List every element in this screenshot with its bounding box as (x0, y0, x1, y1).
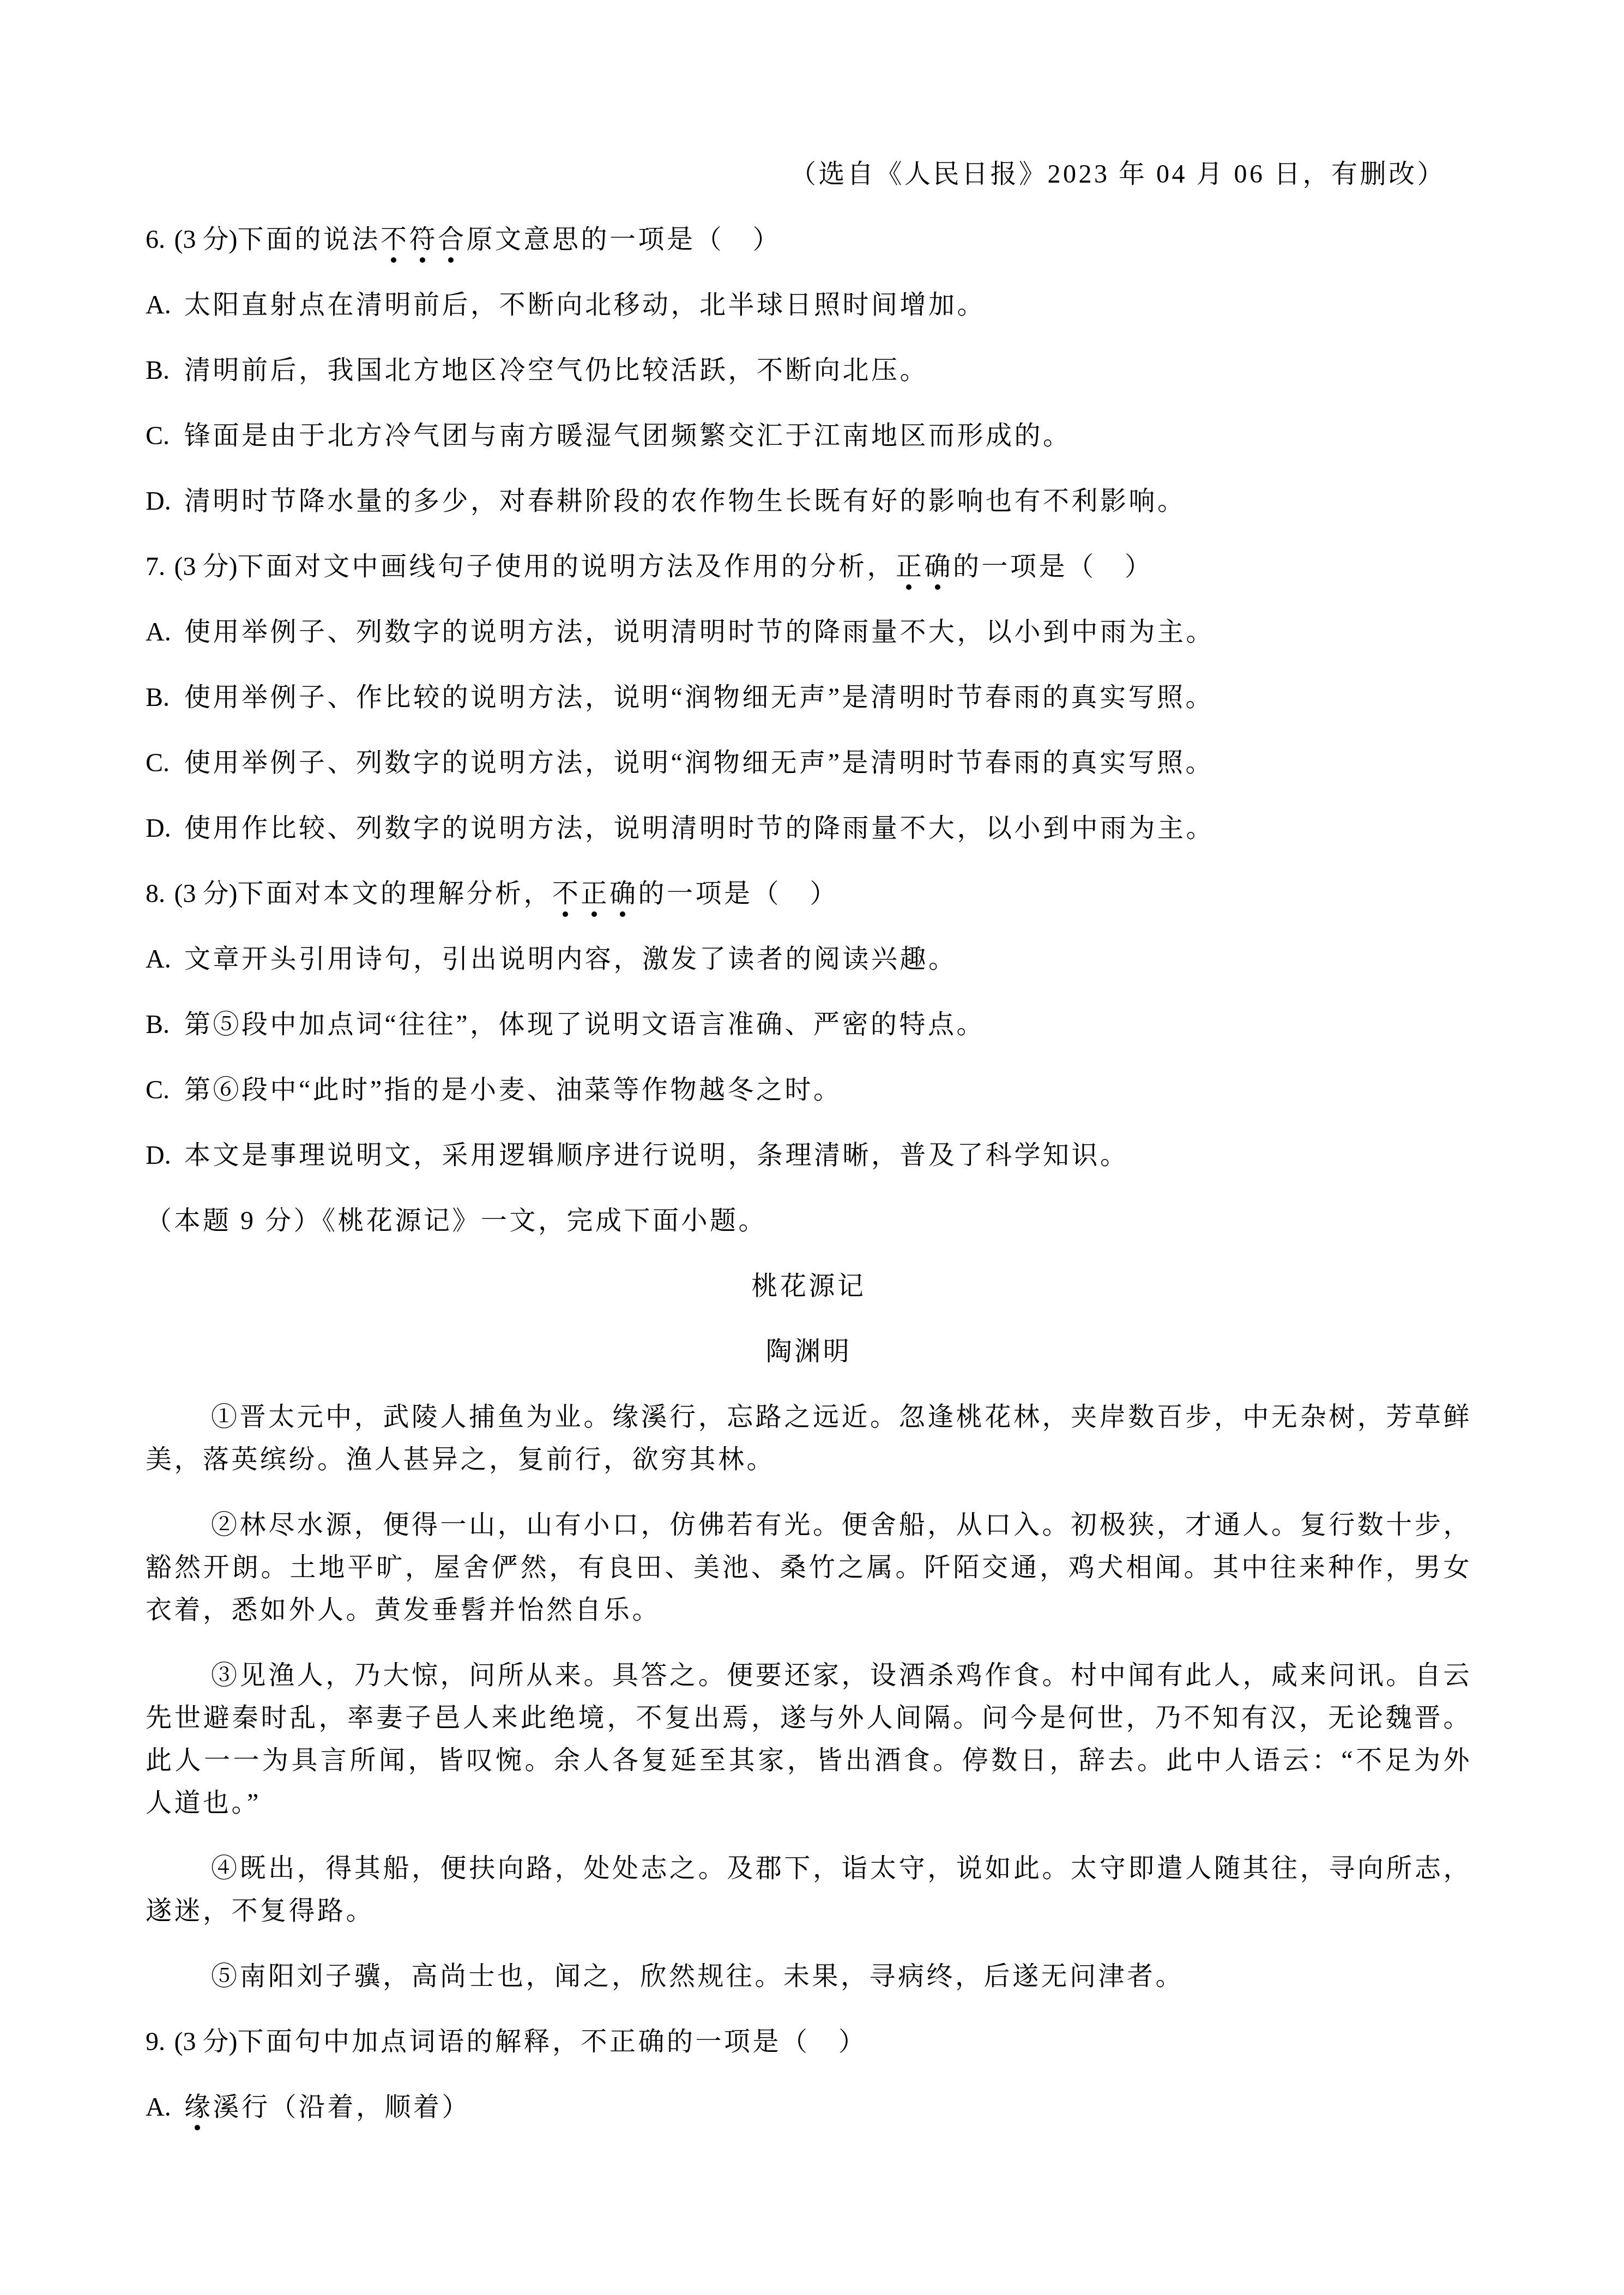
question-6-option-a: A.太阳直射点在清明前后，不断向北移动，北半球日照时间增加。 (146, 284, 1472, 327)
option-label: A. (146, 611, 184, 654)
option-label: D. (146, 807, 184, 850)
question-9-stem: 9. (3 分)下面句中加点词语的解释，不正确的一项是（ ） (146, 2021, 1472, 2063)
option-emphasized-word: 缘 (184, 2093, 213, 2122)
exam-paper-page: （选自《人民日报》2023 年 04 月 06 日，有删改） 6. (3 分)下… (0, 0, 1624, 2295)
option-text: 使用举例子、列数字的说明方法，说明“润物细无声”是清明时节春雨的真实写照。 (184, 748, 1214, 777)
option-text: 使用举例子、作比较的说明方法，说明“润物细无声”是清明时节春雨的真实写照。 (184, 683, 1214, 712)
section-intro: （本题 9 分）《桃花源记》一文，完成下面小题。 (146, 1200, 1472, 1242)
question-7-points: (3 分) (174, 552, 238, 581)
question-8-option-a: A.文章开头引用诗句，引出说明内容，激发了读者的阅读兴趣。 (146, 938, 1472, 981)
option-label: A. (146, 938, 184, 981)
question-9-number: 9. (146, 2027, 165, 2056)
essay-paragraph-5: ⑤南阳刘子骥，高尚士也，闻之，欣然规往。未果，寻病终，后遂无问津者。 (146, 1955, 1472, 1998)
option-text: 第⑥段中“此时”指的是小麦、油菜等作物越冬之时。 (184, 1076, 842, 1104)
essay-author: 陶渊明 (146, 1331, 1472, 1373)
question-8-stem-emphasis: 不正确 (552, 879, 638, 908)
question-6-option-c: C.锋面是由于北方冷气团与南方暖湿气团频繁交汇于江南地区而形成的。 (146, 415, 1472, 457)
essay-paragraph-4: ④既出，得其船，便扶向路，处处志之。及郡下，诣太守，说如此。太守即遣人随其往，寻… (146, 1847, 1472, 1932)
option-label: D. (146, 480, 184, 523)
option-text: 使用作比较、列数字的说明方法，说明清明时节的降雨量不大，以小到中雨为主。 (184, 814, 1215, 843)
question-6-option-b: B.清明前后，我国北方地区冷空气仍比较活跃，不断向北压。 (146, 349, 1472, 392)
question-8-option-c: C.第⑥段中“此时”指的是小麦、油菜等作物越冬之时。 (146, 1069, 1472, 1112)
source-attribution: （选自《人民日报》2023 年 04 月 06 日，有删改） (146, 153, 1472, 196)
question-6-stem-pre: 下面的说法 (237, 225, 381, 254)
option-text: 清明前后，我国北方地区冷空气仍比较活跃，不断向北压。 (184, 356, 928, 385)
question-6-points: (3 分) (174, 225, 238, 254)
question-7-stem-pre: 下面对文中画线句子使用的说明方法及作用的分析， (237, 552, 896, 581)
essay-paragraph-1: ①晋太元中，武陵人捕鱼为业。缘溪行，忘路之远近。忽逢桃花林，夹岸数百步，中无杂树… (146, 1396, 1472, 1481)
option-text: 锋面是由于北方冷气团与南方暖湿气团频繁交汇于江南地区而形成的。 (184, 421, 1072, 450)
question-6-stem: 6. (3 分)下面的说法不符合原文意思的一项是（ ） (146, 219, 1472, 261)
question-6-option-d: D.清明时节降水量的多少，对春耕阶段的农作物生长既有好的影响也有不利影响。 (146, 480, 1472, 523)
essay-title: 桃花源记 (146, 1265, 1472, 1308)
option-text: 溪行（沿着，顺着） (213, 2093, 471, 2122)
question-8-stem-post: 的一项是（ ） (638, 879, 839, 908)
question-6-number: 6. (146, 225, 165, 254)
question-9-points: (3 分) (174, 2027, 238, 2056)
question-7-option-d: D.使用作比较、列数字的说明方法，说明清明时节的降雨量不大，以小到中雨为主。 (146, 807, 1472, 850)
question-6-stem-emphasis: 不符合 (381, 225, 467, 254)
question-7-stem-emphasis: 正确 (896, 552, 953, 581)
option-text: 第⑤段中加点词“往往”，体现了说明文语言准确、严密的特点。 (184, 1010, 985, 1039)
option-text: 清明时节降水量的多少，对春耕阶段的农作物生长既有好的影响也有不利影响。 (184, 487, 1186, 516)
page-content: （选自《人民日报》2023 年 04 月 06 日，有删改） 6. (3 分)下… (0, 0, 1624, 2129)
option-label: B. (146, 349, 184, 392)
question-7-option-c: C.使用举例子、列数字的说明方法，说明“润物细无声”是清明时节春雨的真实写照。 (146, 742, 1472, 784)
option-label: A. (146, 2086, 184, 2129)
question-6-stem-post: 原文意思的一项是（ ） (467, 225, 782, 254)
question-8-option-b: B.第⑤段中加点词“往往”，体现了说明文语言准确、严密的特点。 (146, 1004, 1472, 1046)
option-text: 使用举例子、列数字的说明方法，说明清明时节的降雨量不大，以小到中雨为主。 (184, 618, 1215, 647)
question-7-stem-post: 的一项是（ ） (953, 552, 1154, 581)
question-8-number: 8. (146, 879, 165, 908)
question-7-number: 7. (146, 552, 165, 581)
question-7-option-b: B.使用举例子、作比较的说明方法，说明“润物细无声”是清明时节春雨的真实写照。 (146, 677, 1472, 719)
option-label: B. (146, 1004, 184, 1046)
question-8-stem: 8. (3 分)下面对本文的理解分析，不正确的一项是（ ） (146, 873, 1472, 915)
option-text: 文章开头引用诗句，引出说明内容，激发了读者的阅读兴趣。 (184, 945, 957, 974)
essay-paragraph-2: ②林尽水源，便得一山，山有小口，仿佛若有光。便舍船，从口入。初极狭，才通人。复行… (146, 1504, 1472, 1632)
option-label: C. (146, 742, 184, 784)
question-9-option-a: A.缘溪行（沿着，顺着） (146, 2086, 1472, 2129)
option-text: 太阳直射点在清明前后，不断向北移动，北半球日照时间增加。 (184, 291, 986, 319)
option-label: C. (146, 415, 184, 457)
question-9-stem-text: 下面句中加点词语的解释，不正确的一项是（ ） (237, 2027, 867, 2056)
option-label: B. (146, 677, 184, 719)
question-8-points: (3 分) (174, 879, 238, 908)
question-8-option-d: D.本文是事理说明文，采用逻辑顺序进行说明，条理清晰，普及了科学知识。 (146, 1134, 1472, 1177)
question-7-option-a: A.使用举例子、列数字的说明方法，说明清明时节的降雨量不大，以小到中雨为主。 (146, 611, 1472, 654)
option-text: 本文是事理说明文，采用逻辑顺序进行说明，条理清晰，普及了科学知识。 (184, 1141, 1129, 1170)
question-8-stem-pre: 下面对本文的理解分析， (237, 879, 552, 908)
question-7-stem: 7. (3 分)下面对文中画线句子使用的说明方法及作用的分析，正确的一项是（ ） (146, 546, 1472, 588)
option-label: C. (146, 1069, 184, 1112)
option-label: A. (146, 284, 184, 327)
essay-paragraph-3: ③见渔人，乃大惊，问所从来。具答之。便要还家，设酒杀鸡作食。村中闻有此人，咸来问… (146, 1654, 1472, 1825)
option-label: D. (146, 1134, 184, 1177)
